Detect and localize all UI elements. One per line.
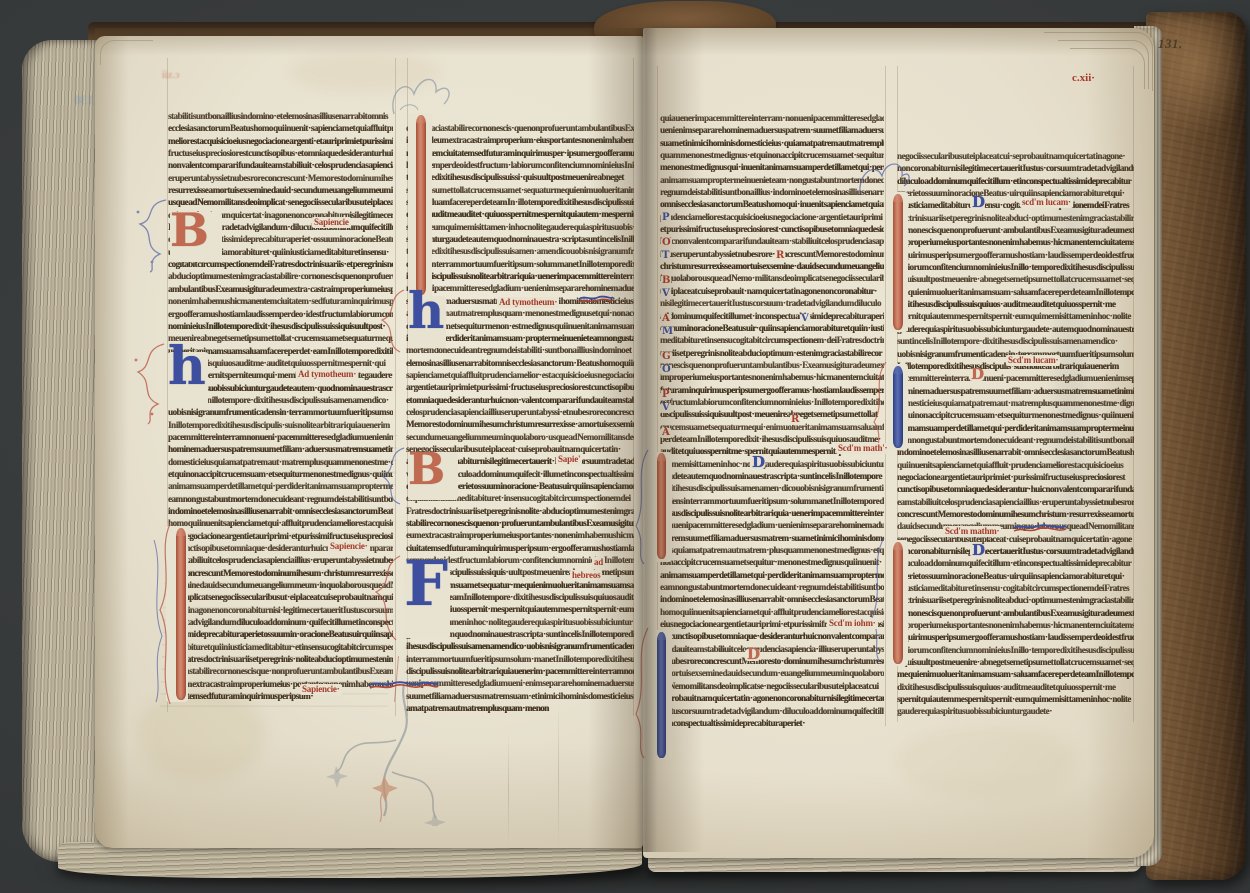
manuscript-text-line: cor non escis que non profuerunt · ambul… xyxy=(897,224,1134,236)
manuscript-text-line: me qui enim uoluerit animam suam · salua… xyxy=(897,668,1134,680)
manuscript-text-line: subiciuntur gaudete autem quod nomina ue… xyxy=(406,233,634,245)
manuscript-text-line: non enim habemus hic manentem ciuitatem … xyxy=(168,295,393,307)
manuscript-text-line: crucem suam et sequatur me qui · enim uo… xyxy=(660,421,884,433)
manuscript-text-line: et omnia que desiderantur huic non · val… xyxy=(406,394,634,406)
manuscript-text-line: in domino et elemosinas illius enarrabit… xyxy=(897,446,1134,458)
versal-initial: R xyxy=(775,251,785,261)
manuscript-text-line: in iusticia meditabitur et in sensu · co… xyxy=(897,582,1134,594)
manuscript-text-line: fructus eius preciosior est cunctis opib… xyxy=(168,147,393,159)
manuscript-text-line: in domino et elemosinas illius enarrabit… xyxy=(168,505,393,517)
manuscript-text-line: animam suam perdet illam et qui · perdid… xyxy=(168,480,393,492)
manuscript-text-line: negociis secularibus ut ei placeat cui ·… xyxy=(897,150,1134,162)
manuscript-text-line: non coronabitur nisi legitime certauerit… xyxy=(897,545,1134,557)
manuscript-text-line: in terram mortuum fuerit ipsum solum · m… xyxy=(406,653,634,665)
left-page-edge-stack xyxy=(22,40,104,862)
manuscript-text-line: discipulis suis si quis uult post · me u… xyxy=(660,408,884,420)
versal-initial: O xyxy=(661,365,672,375)
manuscript-text-line: sunt in celis In illo tempore · dixit ih… xyxy=(897,335,1134,347)
manuscript-text-line: domestici eius qui amat patrem aut · mat… xyxy=(168,456,393,468)
versal-initial: B xyxy=(661,276,671,286)
manuscript-text-line: rore concrescunt Memor esto dominum ihes… xyxy=(168,567,393,579)
manuscript-text-line: hominem aduersus patrem suum et filiam ·… xyxy=(168,443,393,455)
manuscript-text-line: dixit ihesus discipulis suis qui uos · a… xyxy=(897,681,1134,693)
versal-initial-D: D xyxy=(972,196,985,210)
manuscript-text-line: concrescunt Memor esto dominum ihesum ch… xyxy=(897,508,1134,520)
illuminated-initial-F: F xyxy=(404,556,448,612)
manuscript-text-line: suam et inimici hominis domestici eius ·… xyxy=(660,137,884,149)
vellum-crease xyxy=(558,700,559,850)
manuscript-text-line: cunctis opibus et omnia que desiderantur… xyxy=(897,483,1134,495)
manuscript-text-line: patrem suum et filiam aduersus matrem · … xyxy=(660,532,884,544)
manuscript-text-line: resurrexisse a mortuis ex semine dauid ·… xyxy=(168,184,393,196)
manuscript-text-line: manentem ciuitatem sed futuram inquirimu… xyxy=(406,147,634,159)
manuscript-text-line: eam non gustabunt mortem donec uideant ·… xyxy=(897,434,1134,446)
rubric-secundum-matheum: Scd'm math'· xyxy=(836,443,889,454)
manuscript-text-line: domestici eius qui amat patrem aut · mat… xyxy=(897,397,1134,409)
versal-initial: A xyxy=(661,428,671,438)
manuscript-text-line: improperium eius portantes non enim habe… xyxy=(660,371,884,383)
manuscript-text-line: qui uos audit me audit et · qui uos sper… xyxy=(406,208,634,220)
manuscript-text-line: animam suam perdet illam et qui · perdid… xyxy=(660,569,884,581)
manuscript-text-line: negociacione argenti et auri primi et · … xyxy=(897,471,1134,483)
manuscript-text-line: non valent comparari fundauit eam stabil… xyxy=(168,159,393,171)
rubric-secundum-iohannem: Scd'm iohm· xyxy=(827,618,878,629)
manuscript-text-line: in domino et elemosinas illius enarrabit… xyxy=(660,593,884,605)
manuscript-text-line: ut ei placeat cui se probauit · nam qui … xyxy=(660,285,884,297)
manuscript-text-line: cadens in terram mortuum fuerit ipsum · … xyxy=(660,495,884,507)
manuscript-text-line: tradet ad vigilandum diluculo ad dominum… xyxy=(168,616,393,628)
manuscript-text-line: dixit ihesus discipulis suis amen amen ·… xyxy=(660,482,884,494)
manuscript-text-line: futuram inquirimus per ipsum ergo offera… xyxy=(660,384,884,396)
versal-initial: P xyxy=(661,213,671,223)
manuscript-text-line: pacem mittere in terram non ueni · pacem… xyxy=(897,372,1134,384)
manuscript-text-line: animam suam perdet illam et qui · perdid… xyxy=(897,422,1134,434)
show-through-rubric: c.xii xyxy=(162,70,180,81)
manuscript-text-line: altissimi deprecabitur aperiet os suum i… xyxy=(168,628,393,640)
illuminated-initial-I: I xyxy=(657,453,666,559)
rubric-hebreos: hebreos xyxy=(570,570,602,581)
manuscript-text-line: ueni enim separare hominem aduersus patr… xyxy=(660,124,884,136)
rubric-secundum-matheum: Scd'm mathm· xyxy=(943,526,1001,537)
illuminated-initial-I: I xyxy=(893,366,903,448)
manuscript-text-line: labiorum confitencium nomini eius In ill… xyxy=(897,261,1134,273)
manuscript-text-line: enim gracia stabilire cor non escis · qu… xyxy=(406,122,634,134)
manuscript-text-line: a mortuis ex semine dauid secundum · eua… xyxy=(660,667,884,679)
manuscript-text-line: stabilire cor non escis que non · profue… xyxy=(406,517,634,529)
manuscript-text-line: labiorum confitencium nomini eius In ill… xyxy=(897,644,1134,656)
folio-number: 131. xyxy=(1158,36,1183,52)
vellum-crease xyxy=(508,730,509,850)
penwork-flourish-red xyxy=(372,286,408,356)
manuscript-text-line: ergo offeramus hostiam laudis semper deo… xyxy=(168,308,393,320)
manuscript-text-line: inquirimus per ipsum ergo offeramus host… xyxy=(897,631,1134,643)
versal-initial: T xyxy=(661,251,670,261)
manuscript-text-line: hominem aduersus patrem suum et filiam ·… xyxy=(897,385,1134,397)
manuscript-text-line: eius qui amat patrem aut matrem · plus q… xyxy=(660,544,884,556)
penwork-flourish-mixed xyxy=(144,520,178,710)
manuscript-text-line: laudis semper deo id est fructum · labio… xyxy=(406,159,634,171)
right-page-column-1: quia uenerim pacem mittere in terram · n… xyxy=(660,112,884,730)
manuscript-text-line: si quis uult post me uenire · abneget se… xyxy=(897,273,1134,285)
penwork-flourish-blue xyxy=(624,446,654,566)
manuscript-text-line: improperium eius portantes non enim habe… xyxy=(897,236,1134,248)
manuscript-text-line: et qui non accipit crucem suam · et sequ… xyxy=(168,468,393,480)
manuscript-text-line: in quo laboro usque ad Nemo · militans d… xyxy=(660,272,884,284)
ruling-line xyxy=(657,66,658,726)
manuscript-text-line: in iusticia meditabitur et in sensu · co… xyxy=(897,199,1134,211)
illuminated-initial-h: h xyxy=(408,288,444,333)
manuscript-text-line: dei Fratres doctrinis uariis et peregrin… xyxy=(168,653,393,665)
manuscript-text-line: fundauit eam stabiliuit celos prudencia … xyxy=(660,643,884,655)
rubric-ad: ad xyxy=(592,557,605,568)
illuminated-initial-I: I xyxy=(893,542,903,664)
manuscript-text-line: cor non escis que non profuerunt · ambul… xyxy=(897,607,1134,619)
versal-initial: V xyxy=(661,289,671,299)
manuscript-text-line: gaudete autem quod nomina uestra scripta… xyxy=(660,470,884,482)
parchment-stain xyxy=(896,726,1076,796)
manuscript-text-line: illius eruperunt abyssi et nubes rore · … xyxy=(660,248,884,260)
show-through-folio-number: 130 xyxy=(74,92,94,108)
manuscript-text-line: et qui non accipit crucem suam · et sequ… xyxy=(897,409,1134,421)
manuscript-text-line: dixit ihesus discipulis suis qui uos · a… xyxy=(897,298,1134,310)
manuscript-text-line: spernit qui autem me spernit spernit · e… xyxy=(897,310,1134,322)
manuscript-text-line: igitur ad eum extra castra improperium ·… xyxy=(406,134,634,146)
manuscript-text-line: non coronabitur nisi legitime certauerit… xyxy=(897,162,1134,174)
manuscript-text-line: ad Nemo militans deo implicat se · negoc… xyxy=(660,680,884,692)
manuscript-text-line: homo qui inuenit sapienciam et qui · aff… xyxy=(168,517,393,529)
penwork-flourish-red xyxy=(862,358,892,452)
manuscript-text-line: semetipsum et tollat crucem suam et · se… xyxy=(406,184,634,196)
illuminated-initial-B: B xyxy=(408,450,445,490)
rubric-sapiencie: Sapiencie xyxy=(312,217,351,228)
manuscript-text-line: sapienciam et qui affluit prudencia meli… xyxy=(406,369,634,381)
manuscript-text-line: eam non gustabunt mortem donec uideant ·… xyxy=(168,493,393,505)
manuscript-text-line: celos prudencia sapiencia illius eruperu… xyxy=(406,406,634,418)
manuscript-text-line: eruperunt abyssi et nubes rore concrescu… xyxy=(168,172,393,184)
manuscript-text-line: eam stabiliuit celos prudencia sapiencia… xyxy=(897,496,1134,508)
illuminated-initial-h: h xyxy=(168,344,206,391)
manuscript-text-line: uobis nisi granum frumenti cadens in · t… xyxy=(168,406,393,418)
manuscript-text-line: prudencia melior est acquisicio eius neg… xyxy=(660,211,884,223)
manuscript-text-line: huic non valent comparari fundauit eam ·… xyxy=(660,235,884,247)
versal-initial: O xyxy=(661,238,672,248)
manuscript-text-line: omnis ecclesia sanctorum Beatus homo qui… xyxy=(660,198,884,210)
manuscript-text-line: ex semine dauid secundum euangelium meum… xyxy=(168,579,393,591)
manuscript-text-line: aperiet os suum in oracione Beatus · uir… xyxy=(897,570,1134,582)
manuscript-text-line: eum extra castra improperium eius portan… xyxy=(406,529,634,541)
illuminated-initial-I: I xyxy=(657,632,666,758)
manuscript-text-line: diluculo ad dominum qui fecit illum · et… xyxy=(897,557,1134,569)
manuscript-text-line: tempore dixit ihesus discipulis suis ame… xyxy=(406,245,634,257)
rubric-secundum-lucam: scd'm lucam· xyxy=(1020,197,1073,208)
versal-initial: V xyxy=(800,314,810,324)
rubric-ad-tymotheum: Ad tymotheum· xyxy=(296,369,358,380)
manuscript-text-line: elemosinas illius enarrabit omnis eccles… xyxy=(406,357,634,369)
manuscript-text-line: deo implicat se negociis secularibus ut … xyxy=(168,591,393,603)
manuscript-text-line: In illo tempore dixit ihesus discipulis … xyxy=(168,419,393,431)
right-page-column-2: negociis secularibus ut ei placeat cui ·… xyxy=(897,150,1134,719)
manuscript-text-line: melior est acquisicio eius negociacione … xyxy=(168,135,393,147)
manuscript-text-line: uariis et peregrinis nolite abduci optim… xyxy=(660,347,884,359)
manuscript-text-line: quam me non est me dignus · et qui non a… xyxy=(660,149,884,161)
manuscript-text-line: et in conspectu altissimi deprecabitur a… xyxy=(660,717,884,729)
manuscript-text-line: et nubes rore concrescunt Memor esto · d… xyxy=(660,655,884,667)
manuscript-text-line: ecclesia sanctorum Beatus homo qui inuen… xyxy=(168,122,393,134)
manuscript-text-line: certat in agone non coronabitur nisi · l… xyxy=(168,604,393,616)
manuscript-text-line: quia uenerim pacem mittere in terram · n… xyxy=(660,112,884,124)
rubric-sapiencie: Sapiencie· xyxy=(328,541,370,552)
manuscript-text-line: spernit eum qui me misit tamen · in hoc … xyxy=(406,221,634,233)
manuscript-text-line: est fructum labiorum confitencium nomini… xyxy=(660,396,884,408)
manuscript-text-line: aperiet os suum in oracione Beatus · uir… xyxy=(897,187,1134,199)
versal-initial: V xyxy=(661,403,671,413)
manuscript-text-line: est cunctis opibus et omnia que · deside… xyxy=(660,630,884,642)
versal-initial: R xyxy=(790,415,800,425)
manuscript-text-line: cadens in terram mortuum fuerit ipsum · … xyxy=(406,258,634,270)
manuscript-text-line: spernit qui autem me spernit spernit · e… xyxy=(897,693,1134,705)
line-filler-ornament xyxy=(1012,524,1068,534)
penwork-flourish-red xyxy=(124,338,170,426)
manuscript-text-line: stabiliti sunt bona illius in domino · e… xyxy=(168,110,393,122)
rubric-secundum-lucam: Scd'm lucam· xyxy=(1006,355,1060,366)
versal-initial-D: D xyxy=(971,368,984,382)
manuscript-text-line: diluculo ad dominum qui fecit illum · et… xyxy=(897,175,1134,187)
manuscript-text-line: christum resurrexisse a mortuis ex semin… xyxy=(660,260,884,272)
manuscript-text-line: me non est me dignus qui · inuenit anima… xyxy=(660,161,884,173)
manuscript-text-line: se negociis secularibus ut ei placeat · … xyxy=(897,533,1134,545)
penwork-flourish-blue xyxy=(860,534,890,664)
bottom-right-page-edges xyxy=(648,856,1142,872)
manuscript-text-line: nisi legitime certauerit Iustus cor suum… xyxy=(660,297,884,309)
manuscript-text-line: me qui enim uoluerit animam suam · salua… xyxy=(897,286,1134,298)
versal-initial: A xyxy=(661,314,671,324)
manuscript-text-line: se probauit nam qui certat in · agone no… xyxy=(660,692,884,704)
manuscript-text-line: et purissimi fructus eius preciosior est… xyxy=(660,223,884,235)
versal-initial: M xyxy=(661,327,674,337)
line-filler-ornament xyxy=(368,681,440,691)
illuminated-initial-I: I xyxy=(893,194,903,330)
manuscript-text-line: tempore dixit ihesus discipulis suis si … xyxy=(406,171,634,183)
versal-initial: G xyxy=(661,352,672,362)
illuminated-initial-B: B xyxy=(170,210,209,251)
rubric-ad-tymotheum: Ad tymotheum· xyxy=(497,297,559,308)
manuscript-text-line: abduci optimum est enim gracia stabilire… xyxy=(168,270,393,282)
versal-initial-D: D xyxy=(747,648,760,662)
manuscript-text-line: gaudere quia spiritus uobis subiciuntur … xyxy=(897,323,1134,335)
manuscript-text-line: pacem mittere in terram non ueni · pacem… xyxy=(168,431,393,443)
photo-backdrop: 130 c.xii stabiliti sunt bona illius in … xyxy=(0,0,1250,893)
manuscript-text-line: non accipit crucem suam et sequitur · me… xyxy=(660,556,884,568)
right-cover-worn-patch xyxy=(1152,16,1240,136)
versal-initial: P xyxy=(661,390,671,400)
manuscript-text-line: non ueni pacem mittere sed gladium · uen… xyxy=(660,519,884,531)
manuscript-text-line: inquirimus per ipsum ergo offeramus host… xyxy=(897,249,1134,261)
manuscript-text-line: animam suam propter me inueniet eam · no… xyxy=(660,174,884,186)
manuscript-text-line: Memor esto dominum ihesum christum resur… xyxy=(406,418,634,430)
manuscript-text-line: secundum euangelium meum in quo laboro ·… xyxy=(406,431,634,443)
illuminated-initial-I: I xyxy=(416,115,426,295)
manuscript-text-line: suam saluam facere perdet eam In · illo … xyxy=(406,196,634,208)
manuscript-text-line: qui me misit tamen in hoc · nolite gaude… xyxy=(660,458,884,470)
chapter-heading: c.xii· xyxy=(1072,72,1095,84)
manuscript-text-line: qui inuenit sapienciam et qui affluit · … xyxy=(897,459,1134,471)
manuscript-text-line: homo qui inuenit sapienciam et qui · aff… xyxy=(660,606,884,618)
manuscript-text-line: regnum dei stabiliti sunt bona illius · … xyxy=(660,186,884,198)
manuscript-text-line: ihesus discipulis suis nolite arbitrari … xyxy=(660,507,884,519)
penwork-flourish-blue xyxy=(126,194,172,274)
manuscript-text-line: ambulantibus Exeamus igitur ad eum extra… xyxy=(168,283,393,295)
manuscript-text-line: doctrinis uariis et peregrinis nolite ab… xyxy=(897,594,1134,606)
line-filler-ornament xyxy=(577,295,615,305)
manuscript-text-line: improperium eius portantes non enim habe… xyxy=(897,619,1134,631)
penwork-flourish-red xyxy=(624,624,654,760)
manuscript-text-line: non escis que non profuerunt ambulantibu… xyxy=(660,359,884,371)
manuscript-text-line: os suum in oracione Beatus uir · qui in … xyxy=(660,322,884,334)
rubric-sapie: Sapie' xyxy=(556,454,582,465)
folio-corner-edge xyxy=(100,40,153,65)
versal-initial-D: D xyxy=(972,544,985,558)
versal-initial-D: D xyxy=(752,456,765,470)
manuscript-text-line: ihesus discipulis suis amen amen dico · … xyxy=(406,640,634,652)
rubric-sapiencie: Sapiencie· xyxy=(300,684,342,695)
manuscript-text-line: nomini eius In illo tempore dixit · ihes… xyxy=(168,320,393,332)
manuscript-text-line: Fratres doctrinis uariis et peregrinis n… xyxy=(406,505,634,517)
cadel-flourish-top xyxy=(386,64,456,120)
manuscript-text-line: doctrinis uariis et peregrinis nolite ab… xyxy=(897,212,1134,224)
manuscript-text-line: ad dominum qui fecit illum et · in consp… xyxy=(660,310,884,322)
manuscript-text-line: Iustus cor suum tradet ad vigilandum · d… xyxy=(660,705,884,717)
manuscript-text-line: gaudere quia spiritus uobis subiciuntur … xyxy=(897,705,1134,717)
penwork-flourish-red xyxy=(366,552,404,644)
manuscript-text-line: argenti et auri primi et purissimi · fru… xyxy=(406,381,634,393)
cadel-flourish-top xyxy=(856,150,912,202)
manuscript-text-line: morabitur et qui in iusticia meditabitur… xyxy=(168,641,393,653)
manuscript-text-line: meditabitur et in sensu cogitabit circum… xyxy=(660,334,884,346)
penwork-flourish-blue xyxy=(370,444,408,508)
manuscript-text-line: si quis uult post me uenire · abneget se… xyxy=(897,656,1134,668)
manuscript-text-line: eam non gustabunt mortem donec uideant ·… xyxy=(660,581,884,593)
manuscript-text-line: eam stabiliuit celos prudencia sapiencia… xyxy=(168,554,393,566)
